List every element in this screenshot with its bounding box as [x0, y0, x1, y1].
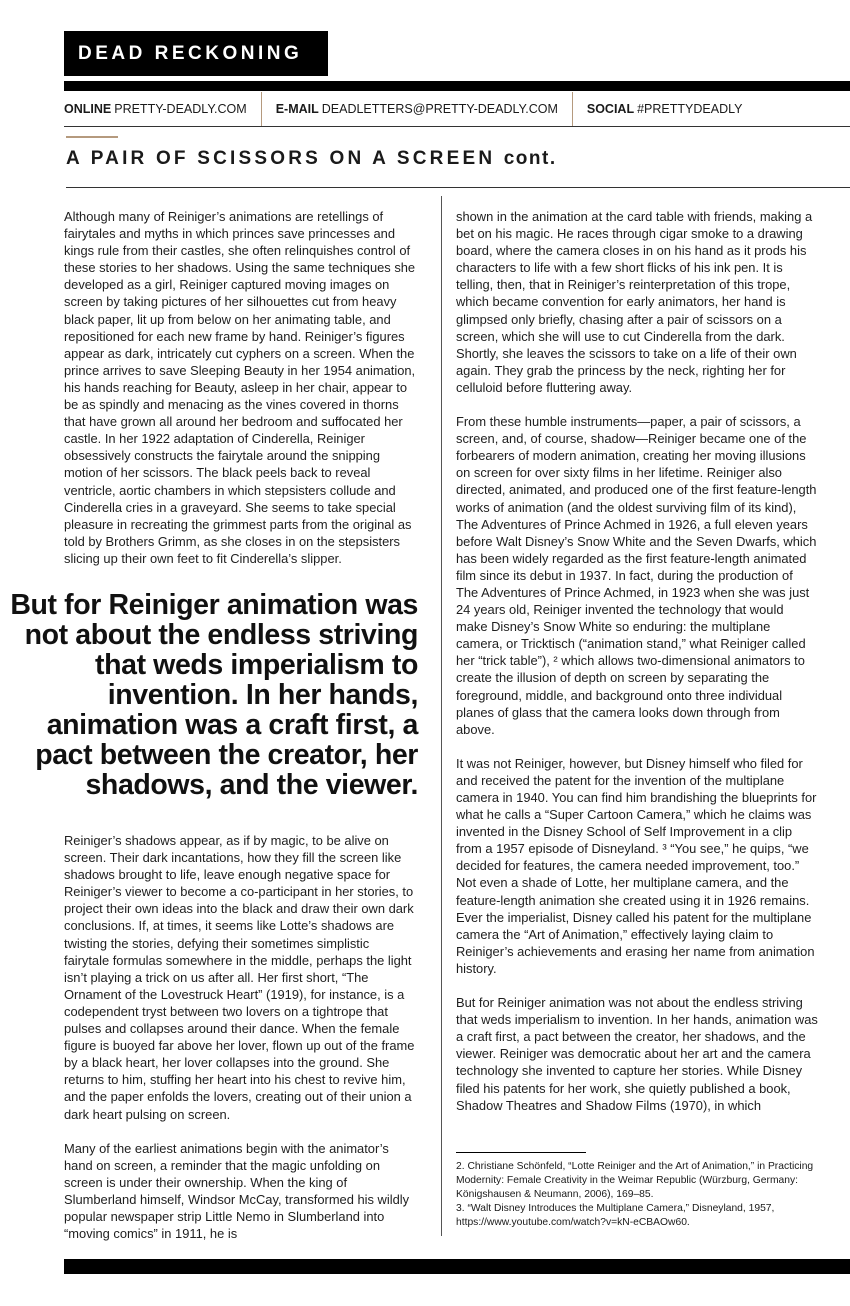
footnote-rule [456, 1152, 586, 1153]
contact-divider [572, 92, 573, 126]
masthead-title: DEAD RECKONING [64, 31, 328, 76]
paragraph: shown in the animation at the card table… [456, 208, 818, 396]
title-rule [66, 187, 850, 188]
paragraph: But for Reiniger animation was not about… [456, 994, 818, 1114]
footnote-2: 2. Christiane Schönfeld, “Lotte Reiniger… [456, 1160, 836, 1202]
paragraph: From these humble instruments—paper, a p… [456, 413, 818, 738]
contact-bar: ONLINEPRETTY-DEADLY.COM E-MAILDEADLETTER… [64, 92, 850, 127]
contact-email[interactable]: E-MAILDEADLETTERS@PRETTY-DEADLY.COM [276, 92, 572, 126]
paragraph: Reiniger’s shadows appear, as if by magi… [64, 832, 416, 1123]
pull-quote: But for Reiniger animation was not about… [10, 590, 418, 800]
top-black-bar [64, 81, 850, 91]
bottom-black-bar [64, 1259, 850, 1274]
footnotes: 2. Christiane Schönfeld, “Lotte Reiniger… [456, 1160, 836, 1230]
paragraph: It was not Reiniger, however, but Disney… [456, 755, 818, 977]
contact-online[interactable]: ONLINEPRETTY-DEADLY.COM [64, 92, 261, 126]
accent-line [66, 136, 118, 138]
left-column-top: Although many of Reiniger’s animations a… [64, 208, 416, 584]
paragraph: Many of the earliest animations begin wi… [64, 1140, 416, 1243]
article-title: A PAIR OF SCISSORS ON A SCREEN cont. [66, 148, 557, 170]
paragraph: Although many of Reiniger’s animations a… [64, 208, 416, 567]
right-column: shown in the animation at the card table… [456, 208, 818, 1131]
column-divider [441, 196, 442, 1236]
footnote-3[interactable]: 3. “Walt Disney Introduces the Multiplan… [456, 1202, 836, 1230]
contact-divider [261, 92, 262, 126]
left-column-bottom: Reiniger’s shadows appear, as if by magi… [64, 832, 416, 1259]
contact-social[interactable]: SOCIAL#PRETTYDEADLY [587, 92, 757, 126]
